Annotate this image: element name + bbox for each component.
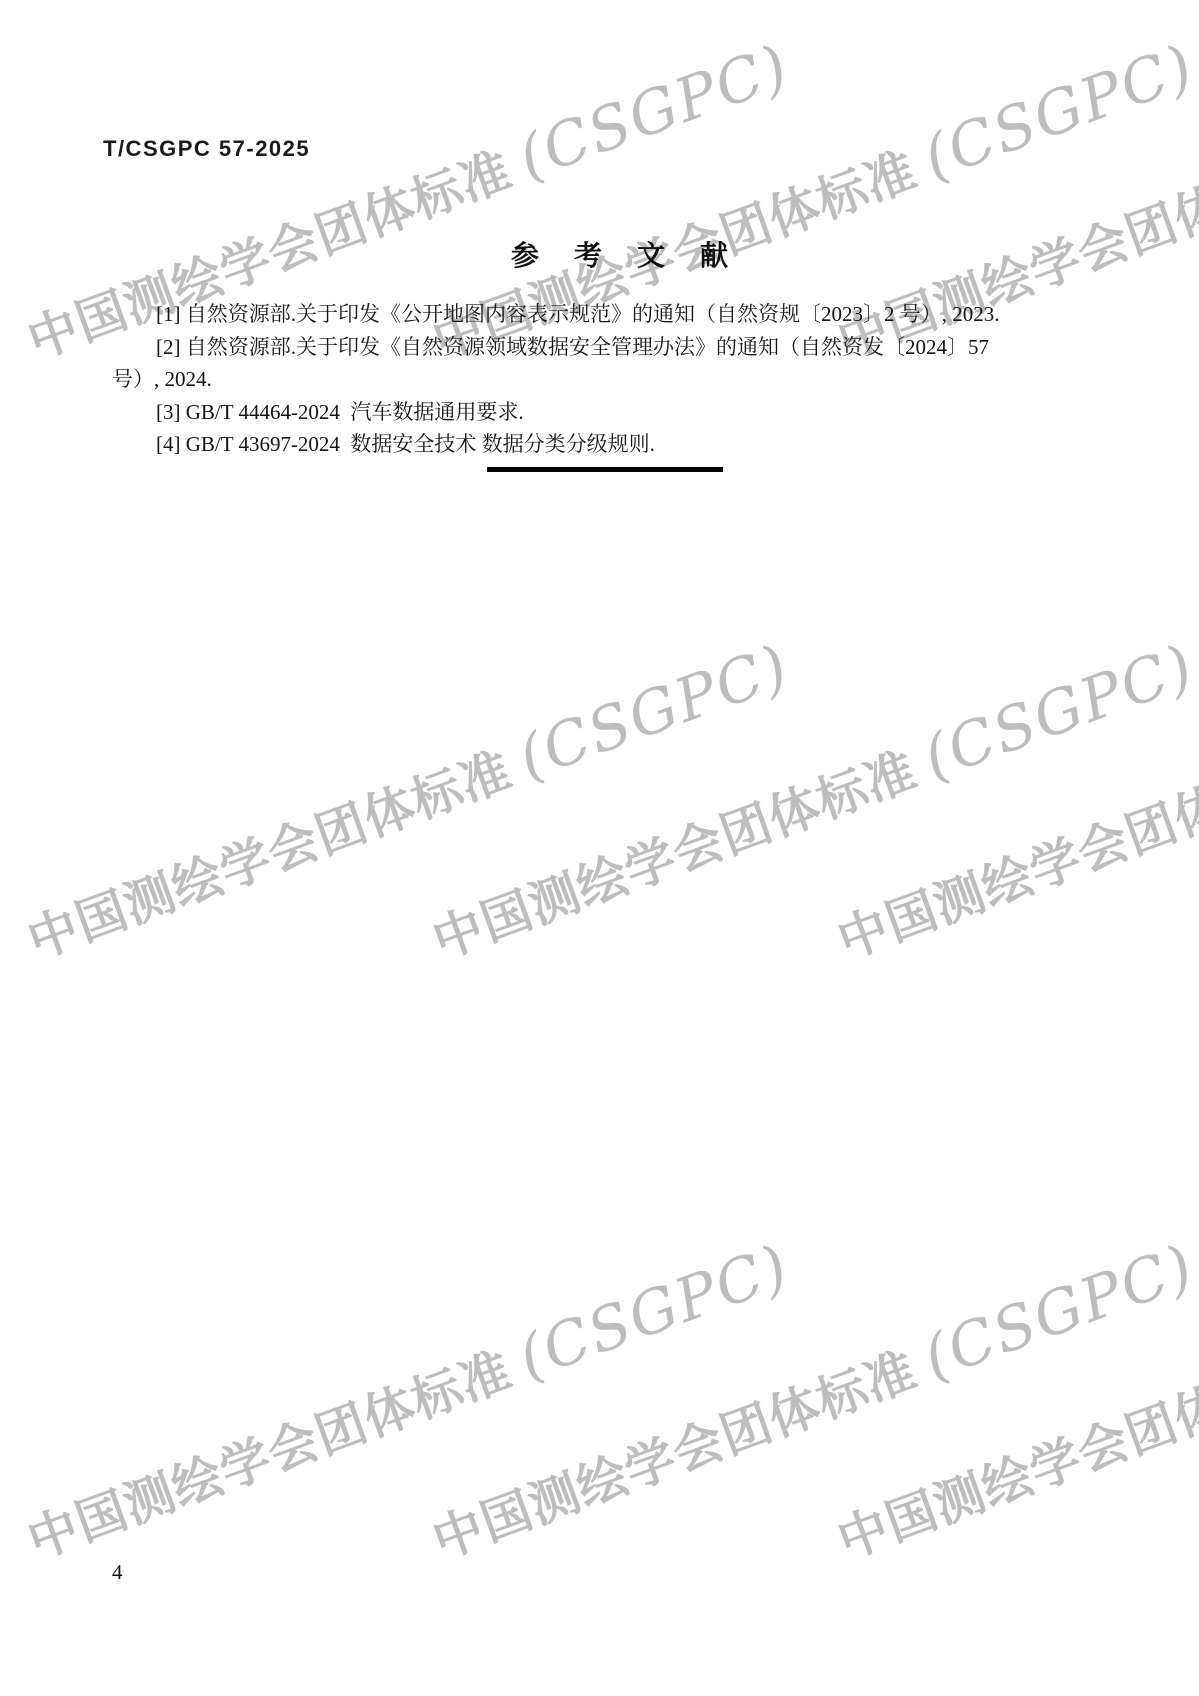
reference-item-2: [2] 自然资源部.关于印发《自然资源领域数据安全管理办法》的通知（自然资发〔2… <box>112 331 1122 364</box>
end-of-document-rule <box>487 467 723 472</box>
doc-code: T/CSGPC 57-2025 <box>103 136 310 162</box>
section-title-row: 参考文献 <box>0 234 1199 274</box>
document-page: 中国测绘学会团体标准 (CSGPC) 中国测绘学会团体标准 (CSGPC) 中国… <box>0 0 1199 1696</box>
reference-item-4: [4] GB/T 43697-2024 数据安全技术 数据分类分级规则. <box>112 428 1122 461</box>
reference-item-2-continuation: 号）, 2024. <box>112 363 1122 396</box>
section-title: 参考文献 <box>511 234 763 274</box>
page-number: 4 <box>112 1560 123 1585</box>
reference-item-1: [1] 自然资源部.关于印发《公开地图内容表示规范》的通知（自然资规〔2023〕… <box>112 298 1122 331</box>
references-list: [1] 自然资源部.关于印发《公开地图内容表示规范》的通知（自然资规〔2023〕… <box>112 298 1122 461</box>
page-content: T/CSGPC 57-2025 参考文献 [1] 自然资源部.关于印发《公开地图… <box>0 0 1199 1696</box>
reference-item-3: [3] GB/T 44464-2024 汽车数据通用要求. <box>112 396 1122 429</box>
